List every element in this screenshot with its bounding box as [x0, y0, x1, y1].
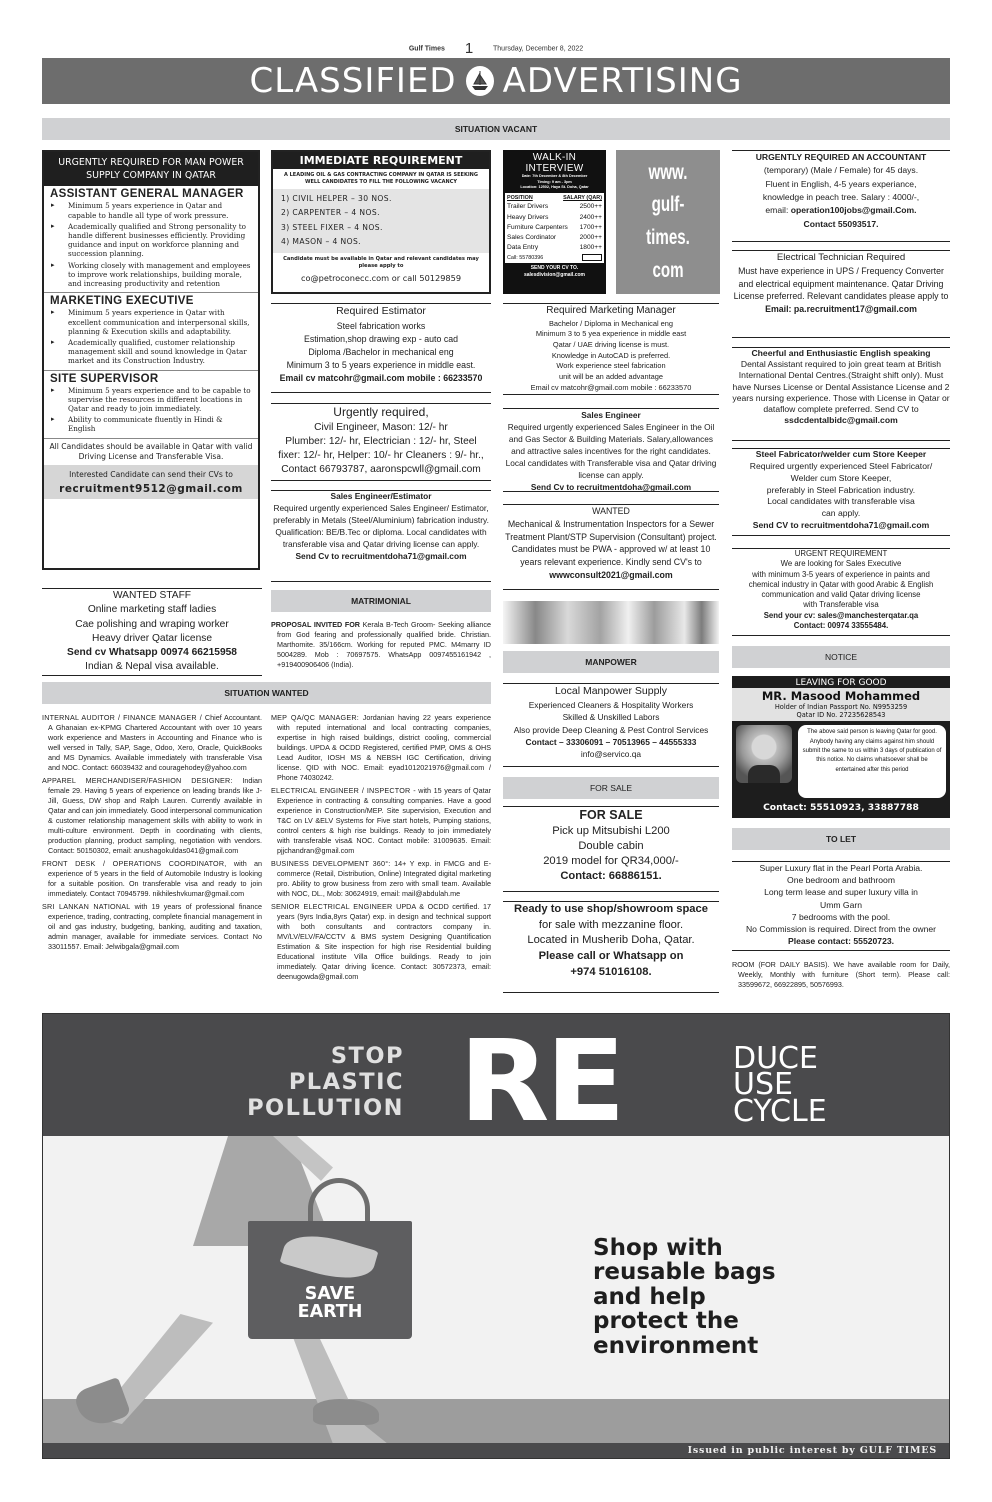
- room-daily-ad: ROOM (FOR DAILY BASIS). We have availabl…: [732, 960, 950, 993]
- ad-email-link[interactable]: recruitment9512@gmail.com: [46, 483, 256, 495]
- for-sale-vehicle-ad: FOR SALE Pick up Mitsubishi L200 Double …: [503, 806, 719, 892]
- list-item: INTERNAL AUDITOR / FINANCE MANAGER / Chi…: [42, 713, 262, 773]
- ad-note: All Candidates should be available in Qa…: [44, 439, 258, 466]
- wanted-inspectors-ad: WANTED Mechanical & Instrumentation Insp…: [503, 504, 719, 590]
- situation-wanted-col1: INTERNAL AUDITOR / FINANCE MANAGER / Chi…: [42, 713, 262, 955]
- section-to-let: TO LET: [732, 828, 950, 850]
- dhow-boat-icon: [466, 66, 494, 96]
- showroom-for-sale-ad: Ready to use shop/showroom space for sal…: [503, 901, 719, 993]
- section-situation-wanted: SITUATION WANTED: [42, 682, 491, 704]
- issue-date: Thursday, December 8, 2022: [493, 45, 583, 52]
- paper-name: Gulf Times: [409, 45, 445, 52]
- section-matrimonial: MATRIMONIAL: [271, 590, 491, 612]
- steel-fabricator-ad: Steel Fabricator/welder cum Store Keeper…: [732, 448, 950, 536]
- section-situation-vacant: SITUATION VACANT: [42, 118, 950, 140]
- list-item: BUSINESS DEVELOPMENT 360°: 14+ Y exp. in…: [271, 859, 491, 899]
- section-for-sale: FOR SALE: [503, 777, 719, 799]
- table-row: Heavy Drivers2400++: [507, 213, 602, 223]
- masthead-left: CLASSIFIED: [249, 61, 456, 101]
- wanted-staff-ad: WANTED STAFF Online marketing staff ladi…: [42, 588, 262, 676]
- accountant-ad: URGENTLY REQUIRED AN ACCOUNTANT (tempora…: [732, 150, 950, 242]
- urgent-sales-executive-ad: URGENT REQUIREMENT We are looking for Sa…: [732, 548, 950, 636]
- electrical-technician-ad: Electrical Technician Required Must have…: [732, 250, 950, 338]
- dental-assistant-ad: Cheerful and Enthusiastic English speaki…: [732, 347, 950, 441]
- shopping-bag-icon: SAVE EARTH: [248, 1221, 412, 1339]
- re-large-text: RE: [459, 1026, 621, 1138]
- gulf-times-website-ad[interactable]: www. gulf-times. com: [616, 150, 720, 294]
- situation-wanted-col2: MEP QA/QC MANAGER: Jordanian having 22 y…: [271, 713, 491, 985]
- decorative-gradient-strip: [503, 601, 719, 644]
- required-estimator-ad: Required Estimator Steel fabrication wor…: [271, 303, 491, 393]
- manpower-supply-ad: URGENTLY REQUIRED FOR MAN POWER SUPPLY C…: [42, 150, 260, 570]
- urgently-required-ad: Urgently required, Civil Engineer, Mason…: [271, 403, 491, 481]
- ad-cta: Interested Candidate can send their CVs …: [44, 465, 258, 499]
- job-site-supervisor: SITE SUPERVISOR Minimum 5 years experien…: [44, 371, 258, 439]
- job-marketing-executive: MARKETING EXECUTIVE Minimum 5 years expe…: [44, 293, 258, 370]
- banner-footer: Issued in public interest by GULF TIMES: [43, 1443, 949, 1459]
- list-item: ELECTRICAL ENGINEER / INSPECTOR - with 1…: [271, 786, 491, 856]
- masthead-right: ADVERTISING: [503, 61, 743, 101]
- local-manpower-ad: Local Manpower Supply Experienced Cleane…: [503, 683, 719, 767]
- leaving-for-good-notice: LEAVING FOR GOOD MR. Masood Mohammed Hol…: [732, 676, 950, 818]
- table-row: Data Entry1800++: [507, 243, 602, 253]
- ad-header: URGENTLY REQUIRED FOR MAN POWER SUPPLY C…: [44, 152, 258, 186]
- sales-engineer-estimator-ad: Sales Engineer/Estimator Required urgent…: [271, 490, 491, 582]
- stop-plastic-pollution-banner: STOP PLASTIC POLLUTION RE DUCE USE CYCLE…: [42, 1013, 950, 1459]
- table-row: Trailer Drivers2500++: [507, 202, 602, 212]
- table-row: Furniture Carpenters1700++: [507, 223, 602, 233]
- person-photo: [736, 725, 792, 783]
- list-item: MEP QA/QC MANAGER: Jordanian having 22 y…: [271, 713, 491, 783]
- qr-code-icon: [582, 254, 602, 261]
- page-folio: Gulf Times 1 Thursday, December 8, 2022: [0, 40, 992, 57]
- section-notice: NOTICE: [732, 646, 950, 668]
- immediate-requirement-ad: IMMEDIATE REQUIREMENT A LEADING OIL & GA…: [271, 150, 491, 294]
- contact-link[interactable]: co@petroconecc.com or call 50129859: [277, 273, 485, 285]
- masthead: CLASSIFIED ADVERTISING: [42, 58, 950, 104]
- marketing-manager-ad: Required Marketing Manager Bachelor / Di…: [503, 303, 719, 395]
- table-row: Sales Cordinator2000++: [507, 233, 602, 243]
- section-manpower: MANPOWER: [503, 651, 719, 673]
- list-item: FRONT DESK / OPERATIONS COORDINATOR, wit…: [42, 859, 262, 899]
- re-words: DUCE USE CYCLE: [733, 1046, 827, 1125]
- job-assistant-gm: ASSISTANT GENERAL MANAGER Minimum 5 year…: [44, 186, 258, 293]
- vacancy-list: 1) CIVIL HELPER – 30 NOS. 2) CARPENTER –…: [273, 189, 489, 253]
- list-item: SENIOR ELECTRICAL ENGINEER UPDA & OCDD c…: [271, 902, 491, 982]
- matrimonial-ad: PROPOSAL INVITED FOR Kerala B-Tech Groom…: [271, 620, 491, 673]
- list-item: APPAREL MERCHANDISER/FASHION DESIGNER: I…: [42, 776, 262, 856]
- page-number: 1: [465, 40, 473, 57]
- list-item: SRI LANKAN NATIONAL with 19 years of pro…: [42, 902, 262, 952]
- walk-in-interview-ad: WALK-IN INTERVIEW Date: 7th December & 8…: [503, 150, 606, 294]
- leaf-icon: [280, 1226, 379, 1288]
- to-let-ad: Super Luxury flat in the Pearl Porta Ara…: [732, 861, 950, 951]
- banner-slogan: Shop with reusable bags and help protect…: [593, 1236, 776, 1358]
- sales-engineer-ad: Sales Engineer Required urgently experie…: [503, 408, 719, 492]
- stop-plastic-text: STOP PLASTIC POLLUTION: [247, 1044, 404, 1122]
- salary-table: POSITIONSALARY (QAR) Trailer Drivers2500…: [505, 193, 604, 263]
